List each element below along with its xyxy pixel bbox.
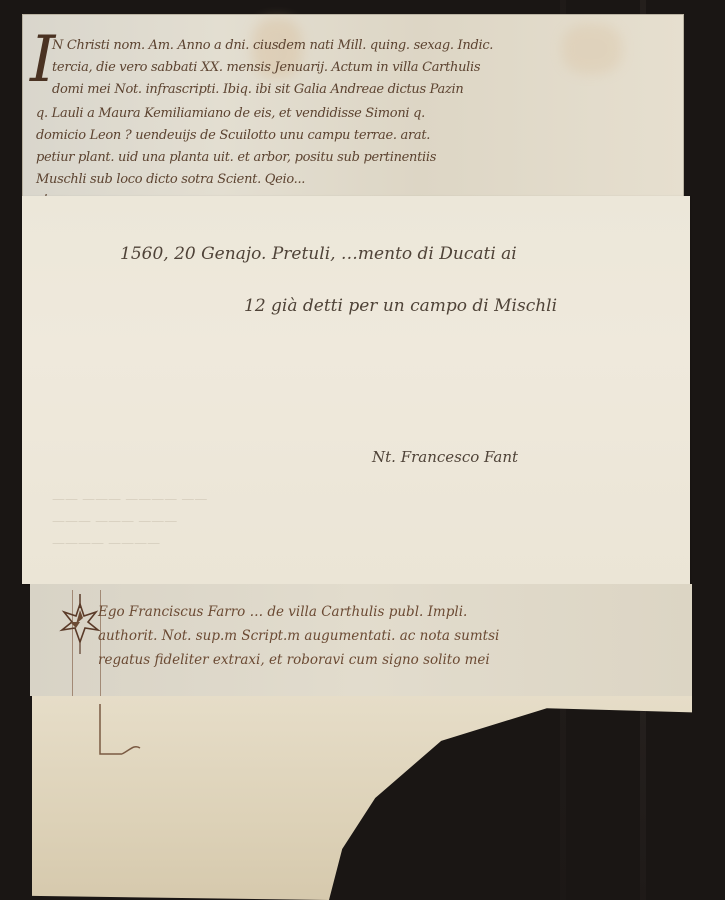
parchment-document: I N Christi nom. Am. Anno a dni. ciusdem… — [22, 14, 690, 884]
notary-line: authorit. Not. sup.m Script.m augumentat… — [98, 628, 499, 644]
manuscript-line: q. Lauli a Maura Kemiliamiano de eis, et… — [36, 106, 425, 121]
archival-note-slip: —— ——— ———— —— ——— ——— ——— ———— ———— 156… — [22, 196, 690, 584]
manuscript-line: Muschli sub loco dicto sotra Scient. Qei… — [36, 172, 305, 187]
notary-line: regatus fideliter extraxi, et roboravi c… — [98, 652, 490, 668]
manuscript-line: tercia, die vero sabbati XX. mensis Jenu… — [52, 60, 480, 75]
manuscript-line: domicio Leon ? uendeuijs de Scuilotto un… — [36, 128, 430, 143]
manuscript-line: N Christi nom. Am. Anno a dni. ciusdem n… — [52, 38, 493, 53]
note-line-description: 12 già detti per un campo di Mischli — [244, 296, 557, 316]
stain — [562, 24, 622, 74]
manuscript-upper-sheet: I N Christi nom. Am. Anno a dni. ciusdem… — [22, 14, 684, 214]
notary-signum-star-icon — [58, 594, 102, 654]
notary-line: Ego Franciscus Farro … de villa Carthuli… — [98, 604, 467, 620]
note-line-date: 1560, 20 Genajo. Pretuli, …mento di Duca… — [120, 244, 517, 264]
manuscript-line: domi mei Not. infrascripti. Ibiq. ibi si… — [52, 82, 463, 97]
manuscript-line: petiur plant. uid una planta uit. et arb… — [36, 150, 436, 165]
show-through-text: —— ——— ———— —— — [52, 492, 207, 507]
notary-flourish-icon — [82, 704, 152, 764]
show-through-text: ——— ——— ——— — [52, 514, 177, 529]
show-through-text: ———— ———— — [52, 536, 160, 551]
note-signature: Nt. Francesco Fant — [372, 448, 518, 466]
